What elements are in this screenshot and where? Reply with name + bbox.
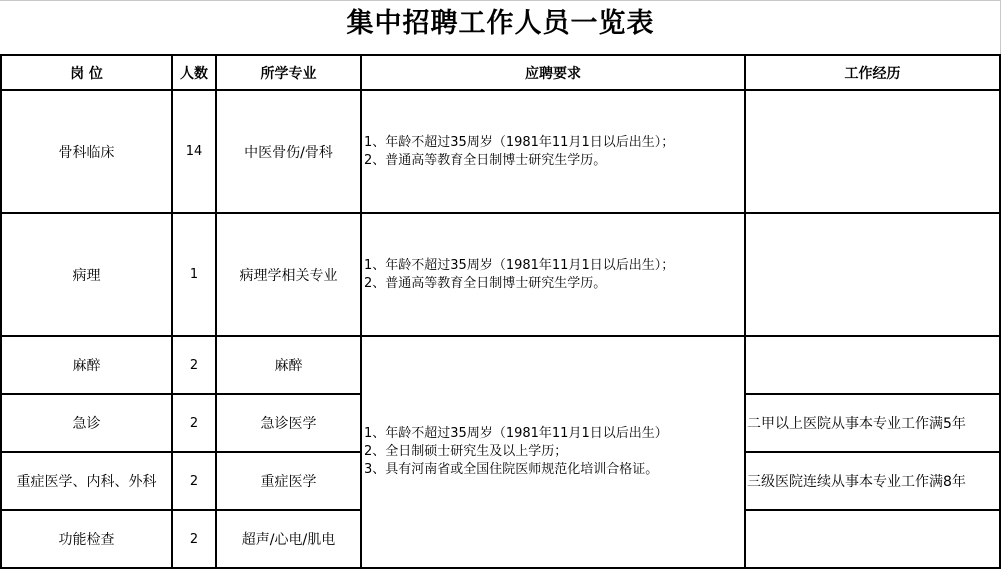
requirement-line: 2、普通高等教育全日制博士研究生学历。: [364, 275, 744, 293]
cell-experience: 三级医院连续从事本专业工作满8年: [745, 452, 1000, 510]
cell-count: 2: [172, 394, 216, 452]
cell-major: 急诊医学: [216, 394, 361, 452]
cell-count: 2: [172, 452, 216, 510]
header-row: 岗 位 人数 所学专业 应聘要求 工作经历: [1, 55, 1000, 90]
cell-major: 中医骨伤/骨科: [216, 90, 361, 213]
table-row: 麻醉 2 麻醉 1、年龄不超过35周岁（1981年11月1日以后出生） 2、全日…: [1, 336, 1000, 394]
requirement-line: 1、年龄不超过35周岁（1981年11月1日以后出生）；: [364, 257, 744, 275]
sheet-top-border: [0, 0, 1001, 1]
cell-experience: [745, 336, 1000, 394]
requirement-line: 2、全日制硕士研究生及以上学历；: [364, 443, 744, 461]
page-title: 集中招聘工作人员一览表: [0, 2, 1001, 52]
requirement-line: 1、年龄不超过35周岁（1981年11月1日以后出生）；: [364, 134, 744, 152]
table-row: 病理 1 病理学相关专业 1、年龄不超过35周岁（1981年11月1日以后出生）…: [1, 213, 1000, 336]
cell-count: 14: [172, 90, 216, 213]
header-major: 所学专业: [216, 55, 361, 90]
table-row: 骨科临床 14 中医骨伤/骨科 1、年龄不超过35周岁（1981年11月1日以后…: [1, 90, 1000, 213]
cell-count: 2: [172, 510, 216, 568]
cell-position: 麻醉: [1, 336, 172, 394]
cell-requirements-merged: 1、年龄不超过35周岁（1981年11月1日以后出生） 2、全日制硕士研究生及以…: [361, 336, 745, 568]
requirement-line: 3、具有河南省或全国住院医师规范化培训合格证。: [364, 461, 744, 479]
cell-position: 急诊: [1, 394, 172, 452]
cell-requirements: 1、年龄不超过35周岁（1981年11月1日以后出生）； 2、普通高等教育全日制…: [361, 213, 745, 336]
recruitment-table: 岗 位 人数 所学专业 应聘要求 工作经历 骨科临床 14 中医骨伤/骨科 1、…: [0, 54, 1001, 569]
header-position: 岗 位: [1, 55, 172, 90]
cell-major: 重症医学: [216, 452, 361, 510]
cell-experience: [745, 90, 1000, 213]
requirement-line: 1、年龄不超过35周岁（1981年11月1日以后出生）: [364, 425, 744, 443]
cell-requirements: 1、年龄不超过35周岁（1981年11月1日以后出生）； 2、普通高等教育全日制…: [361, 90, 745, 213]
cell-experience: 二甲以上医院从事本专业工作满5年: [745, 394, 1000, 452]
cell-position: 功能检查: [1, 510, 172, 568]
header-count: 人数: [172, 55, 216, 90]
cell-count: 1: [172, 213, 216, 336]
cell-experience: [745, 510, 1000, 568]
cell-position: 病理: [1, 213, 172, 336]
header-requirements: 应聘要求: [361, 55, 745, 90]
cell-experience: [745, 213, 1000, 336]
cell-major: 病理学相关专业: [216, 213, 361, 336]
cell-major: 麻醉: [216, 336, 361, 394]
cell-count: 2: [172, 336, 216, 394]
cell-position: 骨科临床: [1, 90, 172, 213]
requirement-line: 2、普通高等教育全日制博士研究生学历。: [364, 152, 744, 170]
cell-position: 重症医学、内科、外科: [1, 452, 172, 510]
header-experience: 工作经历: [745, 55, 1000, 90]
cell-major: 超声/心电/肌电: [216, 510, 361, 568]
